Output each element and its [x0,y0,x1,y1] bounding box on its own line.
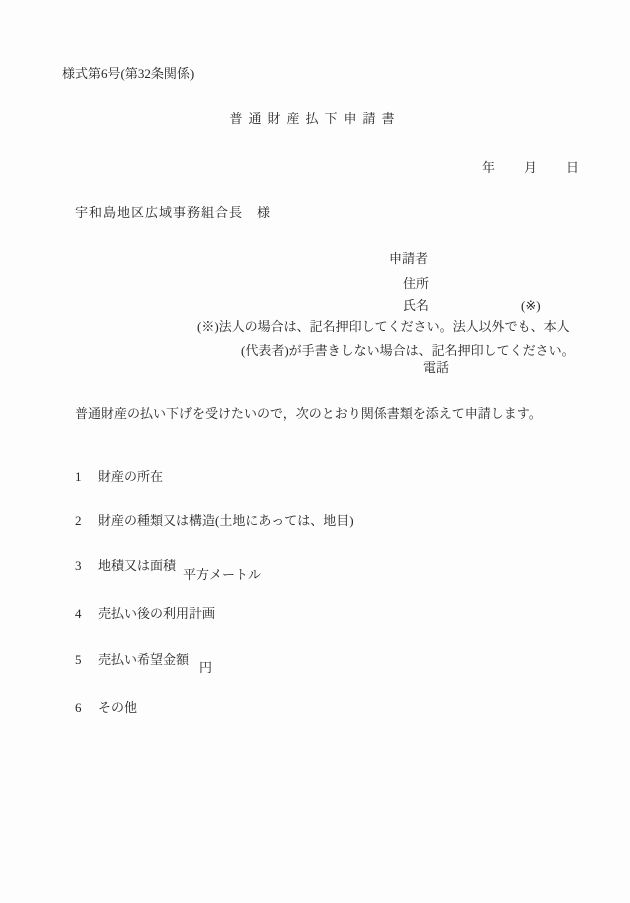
item-number: 5 [75,652,98,668]
name-note-mark: (※) [521,298,541,314]
phone-label: 電話 [423,360,449,376]
item-number: 3 [75,558,98,574]
item-number: 2 [75,513,98,529]
list-item-desired-price: 5売払い希望金額 [62,636,189,684]
application-statement: 普通財産の払い下げを受けたいので，次のとおり関係書類を添えて申請します。 [62,406,542,422]
item-label: 地積又は面積 [98,558,176,573]
item-label: その他 [98,700,137,715]
seal-note-line-2: (代表者)が手書きしない場合は、記名押印してください。 [241,343,575,359]
item-number: 4 [75,606,98,622]
document-title: 普通財産払下申請書 [0,111,630,127]
unit-square-meters: 平方メートル [183,567,261,583]
unit-yen: 円 [199,660,212,676]
form-number: 様式第6号(第32条関係) [62,66,194,82]
item-label: 財産の所在 [98,469,163,484]
item-label: 財産の種類又は構造(土地にあっては、地目) [98,513,354,528]
date-blank-line: 年 月 日 [482,160,580,176]
list-item-property-location: 1財産の所在 [62,453,163,501]
seal-note-line-1: (※)法人の場合は、記名押印してください。法人以外でも、本人 [197,319,570,335]
list-item-use-plan: 4売払い後の利用計画 [62,590,215,638]
applicant-name-label: 氏名 [403,298,429,314]
applicant-label: 申請者 [389,251,428,267]
item-number: 6 [75,700,98,716]
document-page: 様式第6号(第32条関係) 普通財産払下申請書 年 月 日 宇和島地区広域事務組… [0,0,630,903]
applicant-address-label: 住所 [403,276,429,292]
list-item-other: 6その他 [62,684,137,732]
addressee-line: 宇和島地区広域事務組合長 様 [75,205,271,221]
list-item-land-area: 3地積又は面積 [62,542,176,590]
item-label: 売払い希望金額 [98,652,189,667]
item-number: 1 [75,469,98,485]
item-label: 売払い後の利用計画 [98,606,215,621]
list-item-property-type: 2財産の種類又は構造(土地にあっては、地目) [62,497,354,545]
